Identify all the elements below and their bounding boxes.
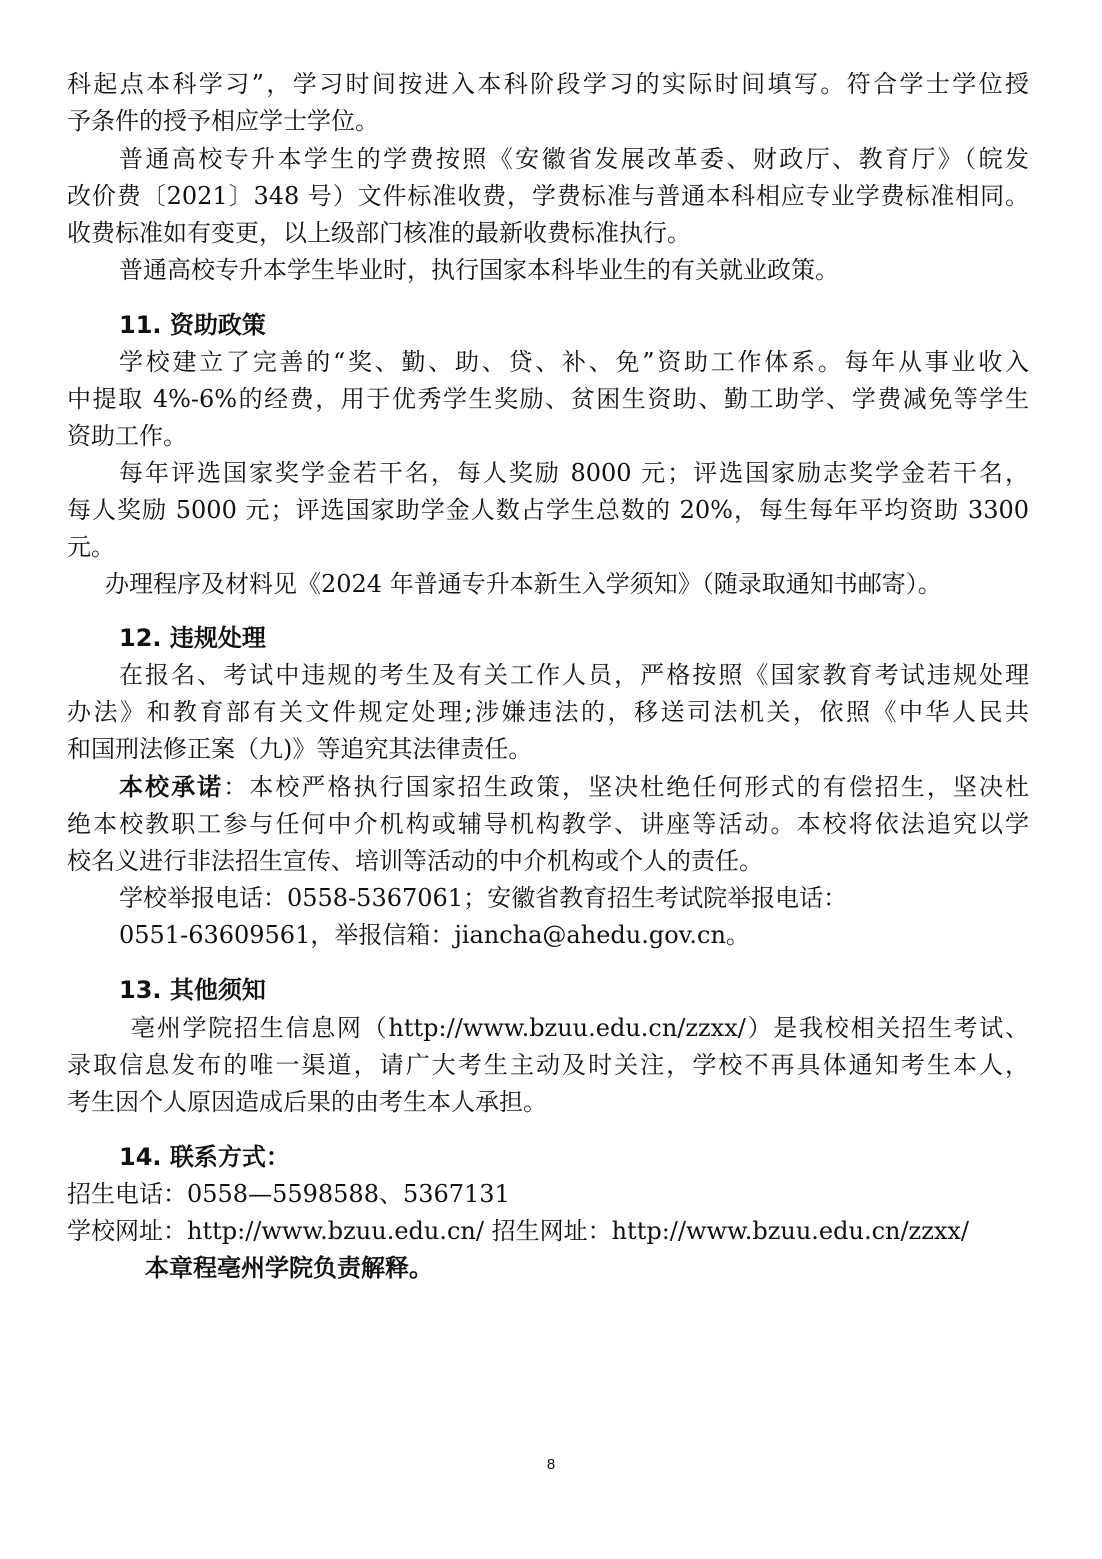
paragraph-line: 每人奖励 5000 元；评选国家助学金人数占学生总数的 20%，每生每年平均资助… [67, 494, 1029, 526]
page-number: 8 [0, 1456, 1102, 1473]
paragraph-line: 普通高校专升本学生毕业时，执行国家本科毕业生的有关就业政策。 [119, 254, 1029, 286]
paragraph-line: 每年评选国家奖学金若干名，每人奖励 8000 元；评选国家励志奖学金若干名， [119, 457, 1029, 489]
paragraph-line: 办理程序及材料见《2024 年普通专升本新生入学须知》（随录取通知书邮寄）。 [105, 568, 1029, 600]
paragraph-line: 考生因个人原因造成后果的由考生本人承担。 [67, 1086, 1029, 1118]
paragraph-line: 资助工作。 [67, 420, 1029, 452]
pledge-text: ：本校严格执行国家招生政策，坚决杜绝任何形式的有偿招生，坚决杜 [223, 773, 1029, 801]
section-heading-contact: 14. 联系方式： [119, 1141, 1029, 1173]
closing-statement: 本章程亳州学院负责解释。 [145, 1252, 1029, 1284]
section-heading-other-notes: 13. 其他须知 [119, 974, 1029, 1006]
paragraph-line: 元。 [67, 531, 1029, 563]
section-heading-violations: 12. 违规处理 [119, 622, 1029, 654]
paragraph-line: 亳州学院招生信息网（http://www.bzuu.edu.cn/zzxx/）是… [131, 1012, 1029, 1044]
paragraph-line: 普通高校专升本学生的学费按照《安徽省发展改革委、财政厅、教育厅》（皖发 [119, 143, 1029, 175]
pledge-line: 本校承诺：本校严格执行国家招生政策，坚决杜绝任何形式的有偿招生，坚决杜 [119, 771, 1029, 803]
report-phone-line: 学校举报电话：0558-5367061；安徽省教育招生考试院举报电话： [119, 882, 1029, 914]
paragraph-line: 改价费〔2021〕348 号）文件标准收费，学费标准与普通本科相应专业学费标准相… [67, 180, 1029, 212]
paragraph-line: 和国刑法修正案（九)》等追究其法律责任。 [67, 733, 1029, 765]
paragraph-line: 校名义进行非法招生宣传、培训等活动的中介机构或个人的责任。 [67, 845, 1029, 877]
admissions-phone: 招生电话：0558—5598588、5367131 [67, 1178, 1029, 1210]
pledge-label: 本校承诺 [119, 773, 223, 801]
paragraph-line: 中提取 4%-6%的经费，用于优秀学生奖励、贫困生资助、勤工助学、学费减免等学生 [67, 383, 1029, 415]
paragraph-line: 绝本校教职工参与任何中介机构或辅导机构教学、讲座等活动。本校将依法追究以学 [67, 808, 1029, 840]
paragraph-line: 学校建立了完善的“奖、勤、助、贷、补、免”资助工作体系。每年从事业收入 [119, 346, 1029, 378]
websites-line: 学校网址：http://www.bzuu.edu.cn/ 招生网址：http:/… [67, 1215, 1029, 1247]
paragraph-line: 在报名、考试中违规的考生及有关工作人员，严格按照《国家教育考试违规处理 [119, 659, 1029, 691]
paragraph-line: 录取信息发布的唯一渠道，请广大考生主动及时关注，学校不再具体通知考生本人， [67, 1049, 1029, 1081]
paragraph-line: 办法》和教育部有关文件规定处理;涉嫌违法的，移送司法机关，依照《中华人民共 [67, 696, 1029, 728]
paragraph-line: 科起点本科学习”，学习时间按进入本科阶段学习的实际时间填写。符合学士学位授 [67, 68, 1029, 100]
paragraph-line: 予条件的授予相应学士学位。 [67, 105, 1029, 137]
section-heading-financial-aid: 11. 资助政策 [119, 309, 1029, 341]
paragraph-line: 收费标准如有变更，以上级部门核准的最新收费标准执行。 [67, 217, 1029, 249]
report-email-line: 0551-63609561，举报信箱：jiancha@ahedu.gov.cn。 [119, 919, 1029, 951]
